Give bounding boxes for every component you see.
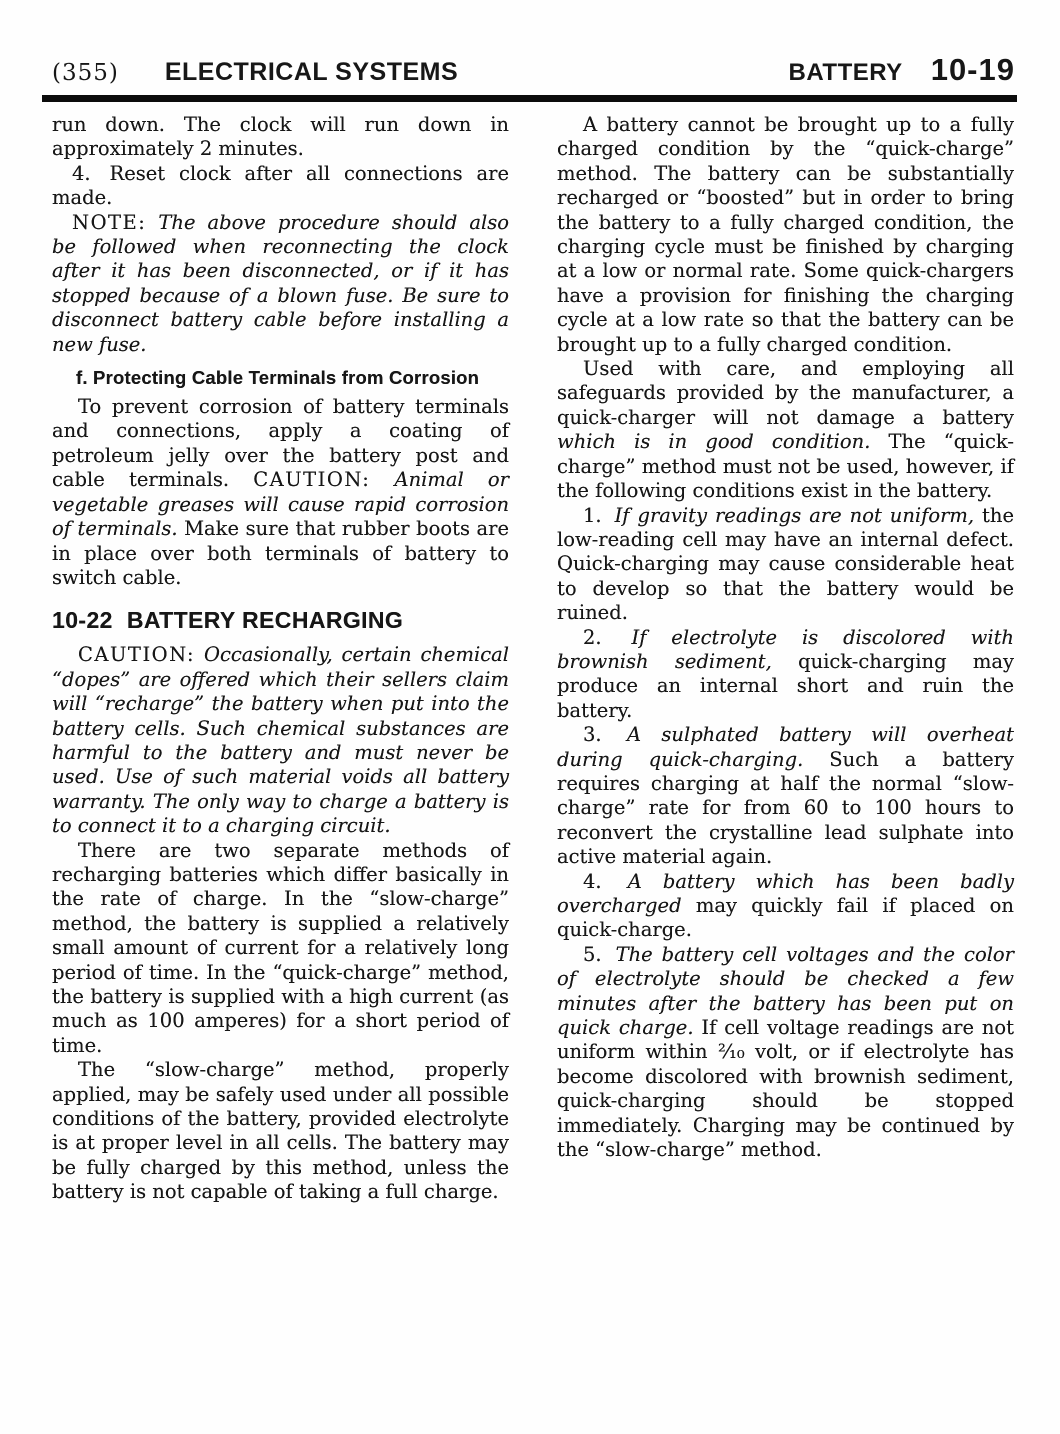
two-column-body: run down. The clock will run down in app… <box>52 113 1014 1205</box>
page-number: (355) <box>52 60 119 86</box>
header-right: BATTERY 10-19 <box>789 52 1015 88</box>
list-item-cell-voltages: 5. The battery cell voltages and the col… <box>557 943 1014 1163</box>
note-label: NOTE: <box>72 211 146 234</box>
paragraph-rundown-text: run down. The clock will run down in app… <box>52 113 509 160</box>
caution-label: CAUTION: <box>253 468 370 491</box>
list-item-sulphated-battery: 3. A sulphated battery will overheat dur… <box>557 723 1014 869</box>
list-item-number: 4. <box>583 870 602 893</box>
section-heading-number: 10-22 <box>52 607 113 633</box>
list-item-number: 1. <box>583 504 602 527</box>
page-header: (355) ELECTRICAL SYSTEMS BATTERY 10-19 <box>52 52 1015 88</box>
page-ref: 10-19 <box>931 52 1015 88</box>
left-column: run down. The clock will run down in app… <box>52 113 509 1205</box>
list-item-italic: If gravity readings are not uniform, <box>615 504 975 527</box>
list-item-reset-clock: 4. Reset clock after all connections are… <box>52 162 509 211</box>
caution-paragraph-dopes: CAUTION: Occasionally, certain chemical … <box>52 643 509 838</box>
paragraph-slow-charge: The “slow-charge” method, properly appli… <box>52 1058 509 1204</box>
caution-label: CAUTION: <box>78 643 195 666</box>
caution-body: Occasionally, certain chemical “dopes” a… <box>52 643 509 837</box>
list-item-number: 5. <box>583 943 602 966</box>
paragraph-two-methods-text: There are two separate methods of rechar… <box>52 839 509 1057</box>
section-heading-title: BATTERY RECHARGING <box>127 607 403 633</box>
list-item-overcharged-battery: 4. A battery which has been badly overch… <box>557 870 1014 943</box>
paragraph-corrosion: To prevent corrosion of battery terminal… <box>52 395 509 590</box>
paragraph-two-methods: There are two separate methods of rechar… <box>52 839 509 1059</box>
list-item-gravity-readings: 1. If gravity readings are not uniform, … <box>557 504 1014 626</box>
section-heading-battery-recharging: 10-22BATTERY RECHARGING <box>52 607 509 634</box>
right-column: A battery cannot be brought up to a full… <box>557 113 1014 1162</box>
paragraph-rundown: run down. The clock will run down in app… <box>52 113 509 162</box>
section-title: ELECTRICAL SYSTEMS <box>165 58 458 87</box>
subheading-protecting-cable-terminals: f. Protecting Cable Terminals from Corro… <box>52 366 509 389</box>
list-item-number: 4. <box>72 162 91 185</box>
list-item-electrolyte-discolored: 2. If electrolyte is discolored with bro… <box>557 626 1014 724</box>
note-paragraph: NOTE: The above procedure should also be… <box>52 211 509 357</box>
paragraph-used-with-care-lead: Used with care, and employing all safegu… <box>557 357 1014 429</box>
header-rule <box>42 95 1017 102</box>
paragraph-slow-charge-text: The “slow-charge” method, properly appli… <box>52 1058 509 1203</box>
paragraph-quick-charge-text: A battery cannot be brought up to a full… <box>557 113 1014 356</box>
paragraph-used-with-care: Used with care, and employing all safegu… <box>557 357 1014 503</box>
list-item-number: 3. <box>583 723 602 746</box>
manual-page: (355) ELECTRICAL SYSTEMS BATTERY 10-19 r… <box>0 0 1060 1434</box>
paragraph-quick-charge: A battery cannot be brought up to a full… <box>557 113 1014 357</box>
list-item-number: 2. <box>583 626 602 649</box>
list-item-text: Reset clock after all connections are ma… <box>52 162 509 209</box>
paragraph-used-with-care-italic: which is in good condition. <box>557 430 870 453</box>
chapter-title: BATTERY <box>789 59 903 87</box>
